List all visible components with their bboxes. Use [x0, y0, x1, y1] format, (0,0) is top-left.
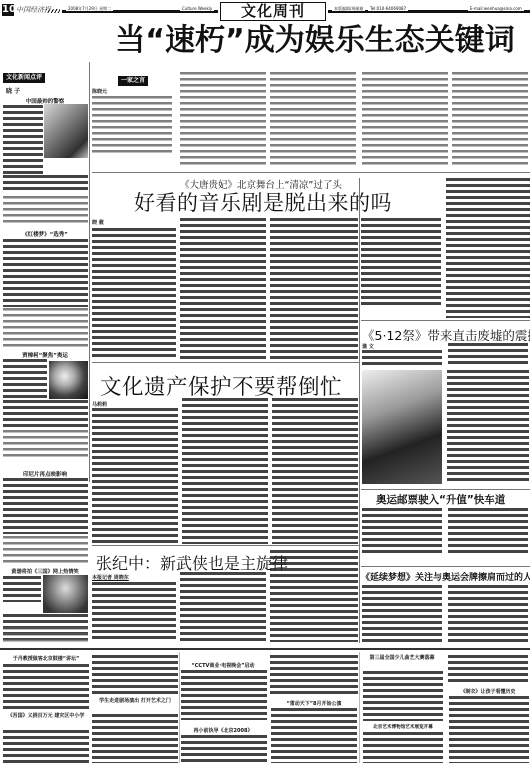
bottom-col-divider	[179, 652, 180, 763]
sidebar-item-body	[3, 576, 41, 602]
masthead-editor: 本版编辑/周邮箱	[332, 6, 365, 11]
brief-body	[270, 655, 358, 697]
right-divider-1	[361, 320, 530, 321]
sidebar-header: 文化新闻点评	[3, 73, 45, 83]
wuxia-headline: 张纪中：新武侠也是主旋律	[96, 551, 288, 574]
masthead-english: Culture Weekly	[180, 6, 214, 11]
sidebar-item-comment	[3, 627, 88, 643]
lead-col-3	[270, 72, 356, 166]
heritage-headline: 文化遗产保护不要帮倒忙	[100, 370, 342, 401]
lead-byline: 陈晓元	[92, 88, 107, 95]
sidebar-item-comment	[3, 196, 88, 226]
sidebar-item-comment	[3, 308, 88, 348]
lead-col-2	[180, 72, 266, 166]
brief-body	[3, 730, 89, 763]
musical-col-2	[180, 218, 266, 360]
sidebar-item-body	[3, 175, 88, 193]
brief-title: 再小前执导《北京2008》	[180, 727, 266, 734]
lead-kicker: 一家之言	[118, 76, 148, 86]
brief-title: “CCTV商业·电视晚会”启动	[180, 662, 266, 669]
wuxia-col-1	[92, 582, 176, 642]
sidebar-item-body	[3, 105, 43, 175]
bottom-col-divider	[359, 652, 360, 763]
brief-body	[181, 670, 267, 720]
stamp-col-2	[448, 508, 528, 554]
musical-divider	[92, 362, 360, 363]
page-number: 10	[2, 4, 14, 16]
earthquake-col-3	[447, 370, 529, 484]
brief-body	[92, 714, 178, 763]
sidebar-item-body	[3, 478, 88, 534]
bottom-divider	[0, 648, 530, 650]
sidebar-byline: 晓 子	[6, 86, 20, 95]
earthquake-headline: 《5·12祭》带来直击废墟的震撼	[362, 326, 530, 344]
earthquake-photo	[362, 370, 442, 484]
dream-col-1	[362, 585, 442, 643]
brief-body	[271, 708, 357, 763]
musical-col-1	[92, 228, 176, 360]
musical-col-4	[361, 218, 441, 308]
sidebar-item-comment	[3, 536, 88, 564]
masthead-email: E-mail:wenhua@sina.com	[468, 6, 524, 11]
brief-title: 北京艺术博物馆艺术展览开幕	[362, 724, 444, 730]
heritage-divider	[92, 545, 360, 546]
sidebar-item-title: 印尼片再点映影响	[2, 470, 88, 478]
sidebar-item-comment	[3, 430, 88, 458]
dream-headline: 《延续梦想》关注与奥运会牌擦肩而过的人	[361, 570, 530, 583]
stamp-col-1	[362, 508, 442, 554]
lead-col-5	[452, 72, 528, 166]
brief-body	[363, 732, 443, 763]
sidebar-item-body	[3, 239, 88, 307]
heritage-col-2	[182, 398, 268, 544]
heritage-byline: 马莉莉	[92, 401, 107, 408]
sidebar-photo-police	[44, 104, 88, 158]
wuxia-byline: 本报记者 周晓东	[92, 574, 129, 581]
right-divider-3	[361, 566, 530, 567]
sidebar-item-title: 黄渤将拍《三国》网上热情笑	[2, 568, 88, 575]
brief-body	[3, 664, 89, 710]
brief-body	[449, 696, 529, 763]
brief-body	[92, 655, 178, 695]
sidebar-photo-actor	[43, 575, 88, 613]
lead-divider	[92, 172, 530, 173]
brief-title: 第三届全国少儿曲艺大赛落幕	[362, 655, 442, 662]
masthead-date: 2008年7月29日 星期二	[66, 6, 113, 11]
sidebar-item-title: 《红楼梦》“选秀”	[2, 230, 88, 238]
sidebar-item-body	[3, 359, 47, 399]
sidebar-divider	[89, 62, 90, 482]
earthquake-col-1	[362, 350, 442, 366]
brief-body	[181, 735, 267, 763]
right-col-upper	[446, 178, 530, 318]
heritage-col-1	[92, 408, 178, 544]
brief-body	[448, 655, 528, 685]
lead-col-4	[362, 72, 448, 166]
brief-title: 《吾国》义捐百万元 建灾区中小学	[2, 713, 90, 720]
stamp-headline: 奥运邮票驶入“升值”快车道	[376, 492, 505, 507]
brief-title: 学生走进剧场演出 打开艺术之门	[92, 698, 178, 705]
lead-headline: 当“速朽”成为娱乐生态关键词	[100, 24, 530, 58]
right-divider-2	[361, 489, 530, 490]
wuxia-col-3	[270, 550, 358, 642]
masthead-tel: Tel:010-64069087	[368, 6, 408, 11]
sidebar-item-body	[3, 400, 88, 428]
sidebar-photo-director	[49, 361, 88, 399]
earthquake-col-2	[448, 343, 528, 367]
brief-title: 《制衣》让孩子看懂历史	[448, 688, 528, 695]
brief-title: “雷动天下”8月开始公演	[270, 700, 358, 707]
heritage-col-3	[272, 398, 358, 544]
col-divider-right	[359, 178, 360, 643]
sidebar-item-title: 贾樟柯“聚焦”奥运	[2, 351, 88, 359]
earthquake-byline: 谯 文	[362, 343, 374, 350]
brief-body	[363, 671, 443, 721]
section-title: 文化周刊	[220, 2, 326, 21]
dream-col-2	[448, 585, 528, 643]
brief-title: 于丹教授做客北京鼓楼“讲坛”	[2, 655, 90, 662]
wuxia-col-2	[180, 572, 266, 642]
masthead: 10 中国经济报 2008年7月29日 星期二 Culture Weekly 文…	[0, 0, 530, 20]
lead-col-1	[92, 96, 172, 156]
masthead-hatch	[46, 9, 60, 13]
musical-col-3	[270, 218, 358, 360]
musical-byline: 晓 葳	[92, 219, 104, 226]
musical-headline: 好看的音乐剧是脱出来的吗	[134, 187, 392, 217]
